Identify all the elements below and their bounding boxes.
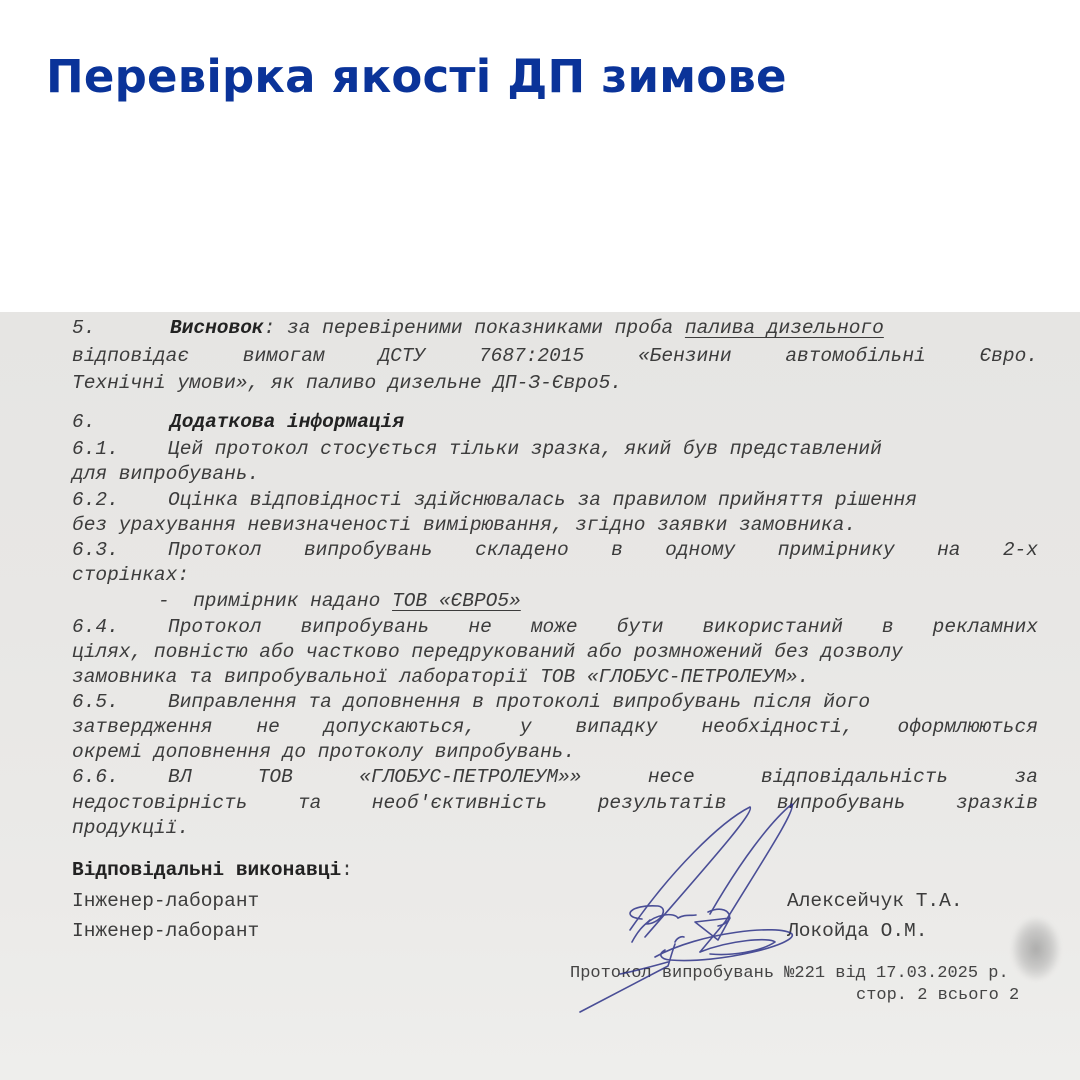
word: в bbox=[611, 537, 623, 563]
section-title: Висновок bbox=[170, 317, 264, 339]
item-text: ВЛ ТОВ «ГЛОБУС-ПЕТРОЛЕУМ»» несе відповід… bbox=[168, 764, 1038, 790]
word: використаний bbox=[702, 614, 842, 640]
word: Протокол bbox=[168, 537, 262, 563]
document-photo: 5.Висновок: за перевіреними показниками … bbox=[0, 312, 1080, 1080]
word: затвердження bbox=[72, 714, 212, 740]
word: може bbox=[531, 614, 578, 640]
person-name: Локойда О.М. bbox=[787, 918, 927, 944]
underlined-text: палива дизельного bbox=[685, 317, 884, 339]
word: за bbox=[1015, 764, 1038, 790]
word: випробувань bbox=[301, 614, 430, 640]
item-number: 6.3. bbox=[72, 537, 168, 563]
word: результатів bbox=[598, 790, 727, 816]
word: необхідності, bbox=[701, 714, 853, 740]
word: не bbox=[468, 614, 491, 640]
item-6-3-bullet: - примірник надано ТОВ «ЄВРО5» bbox=[158, 588, 1080, 614]
section5-line3: Технічні умови», як паливо дизельне ДП-З… bbox=[72, 370, 1038, 396]
word: 7687:2015 bbox=[479, 343, 584, 369]
item-number: 6.1. bbox=[72, 436, 168, 462]
item-number: 6.4. bbox=[72, 614, 168, 640]
word: відповідає bbox=[72, 343, 189, 369]
word: вимогам bbox=[243, 343, 325, 369]
word: випробувань bbox=[777, 790, 906, 816]
word: «ГЛОБУС-ПЕТРОЛЕУМ»» bbox=[359, 764, 581, 790]
page: Перевірка якості ДП зимове 5.Висновок: з… bbox=[0, 0, 1080, 1080]
item-number: 6.6. bbox=[72, 764, 168, 790]
word: одному bbox=[665, 537, 735, 563]
word: бути bbox=[617, 614, 664, 640]
item-6-6-line3: продукції. bbox=[72, 815, 1038, 841]
item-number: 6.2. bbox=[72, 487, 168, 513]
paper-smudge bbox=[1012, 918, 1060, 980]
page-counter: стор. 2 всього 2 bbox=[856, 986, 1019, 1005]
section-text: : за перевіреними показниками проба bbox=[264, 317, 685, 339]
page-title: Перевірка якості ДП зимове bbox=[46, 42, 787, 112]
item-6-2-line1: 6.2.Оцінка відповідності здійснювалась з… bbox=[72, 487, 1038, 513]
section-title: Додаткова інформація bbox=[170, 411, 404, 433]
word: примірнику bbox=[778, 537, 895, 563]
item-6-6-line2: недостовірність та необ'єктивність резул… bbox=[72, 790, 1038, 816]
word: на bbox=[937, 537, 960, 563]
word: рекламних bbox=[933, 614, 1038, 640]
item-6-6-line1: 6.6. ВЛ ТОВ «ГЛОБУС-ПЕТРОЛЕУМ»» несе від… bbox=[72, 764, 1038, 790]
role-label: Інженер-лаборант bbox=[72, 920, 259, 942]
item-text: Протокол випробувань складено в одному п… bbox=[168, 537, 1038, 563]
item-6-5-line3: окремі доповнення до протоколу випробува… bbox=[72, 739, 1038, 765]
word: «Бензини bbox=[638, 343, 732, 369]
word: необ'єктивність bbox=[372, 790, 548, 816]
word: 2-х bbox=[1003, 537, 1038, 563]
protocol-reference: Протокол випробувань №221 від 17.03.2025… bbox=[570, 964, 1009, 983]
person-name: Алексейчук Т.А. bbox=[787, 888, 963, 914]
word: Протокол bbox=[168, 614, 262, 640]
word: відповідальність bbox=[761, 764, 948, 790]
responsible-title: Відповідальні виконавці bbox=[72, 859, 341, 881]
word: недостовірність bbox=[72, 790, 248, 816]
item-6-1-line2: для випробувань. bbox=[72, 461, 1038, 487]
word: у bbox=[520, 714, 532, 740]
section5-line2: відповідає вимогам ДСТУ 7687:2015 «Бензи… bbox=[72, 343, 1038, 369]
colon: : bbox=[341, 859, 353, 881]
section6-heading: 6.Додаткова інформація bbox=[72, 409, 1038, 435]
word: несе bbox=[648, 764, 695, 790]
word: випадку bbox=[576, 714, 658, 740]
word: Євро. bbox=[979, 343, 1038, 369]
item-6-3-line2: сторінках: bbox=[72, 562, 1038, 588]
item-number: 6.5. bbox=[72, 689, 168, 715]
item-6-4-line2: цілях, повністю або частково передрукова… bbox=[72, 639, 1038, 665]
word: оформлюються bbox=[898, 714, 1038, 740]
item-text: Виправлення та доповнення в протоколі ви… bbox=[168, 691, 870, 713]
role-label: Інженер-лаборант bbox=[72, 890, 259, 912]
section5-line1: 5.Висновок: за перевіреними показниками … bbox=[72, 315, 1038, 341]
section-number: 6. bbox=[72, 409, 170, 435]
word: та bbox=[298, 790, 321, 816]
word: ДСТУ bbox=[378, 343, 425, 369]
responsible-heading: Відповідальні виконавці: bbox=[72, 857, 1038, 883]
word: не bbox=[256, 714, 279, 740]
word: ВЛ bbox=[168, 764, 191, 790]
bullet-text: - примірник надано bbox=[158, 590, 392, 612]
item-6-1-line1: 6.1.Цей протокол стосується тільки зразк… bbox=[72, 436, 1038, 462]
word: автомобільні bbox=[785, 343, 925, 369]
section-number: 5. bbox=[72, 315, 170, 341]
word: в bbox=[882, 614, 894, 640]
item-6-4-line3: замовника та випробувальної лабораторії … bbox=[72, 664, 1038, 690]
word: зразків bbox=[956, 790, 1038, 816]
item-6-5-line1: 6.5.Виправлення та доповнення в протокол… bbox=[72, 689, 1038, 715]
word: випробувань bbox=[304, 537, 433, 563]
item-text: Оцінка відповідності здійснювалась за пр… bbox=[168, 489, 917, 511]
item-6-5-line2: затвердження не допускаються, у випадку … bbox=[72, 714, 1038, 740]
word: складено bbox=[475, 537, 569, 563]
word: ТОВ bbox=[258, 764, 293, 790]
underlined-text: ТОВ «ЄВРО5» bbox=[392, 590, 521, 612]
item-text: Протокол випробувань не може бути викори… bbox=[168, 614, 1038, 640]
item-text: Цей протокол стосується тільки зразка, я… bbox=[168, 438, 882, 460]
item-6-4-line1: 6.4. Протокол випробувань не може бути в… bbox=[72, 614, 1038, 640]
word: допускаються, bbox=[324, 714, 476, 740]
item-6-3-line1: 6.3. Протокол випробувань складено в одн… bbox=[72, 537, 1038, 563]
item-6-2-line2: без урахування невизначеності вимірюванн… bbox=[72, 512, 1038, 538]
